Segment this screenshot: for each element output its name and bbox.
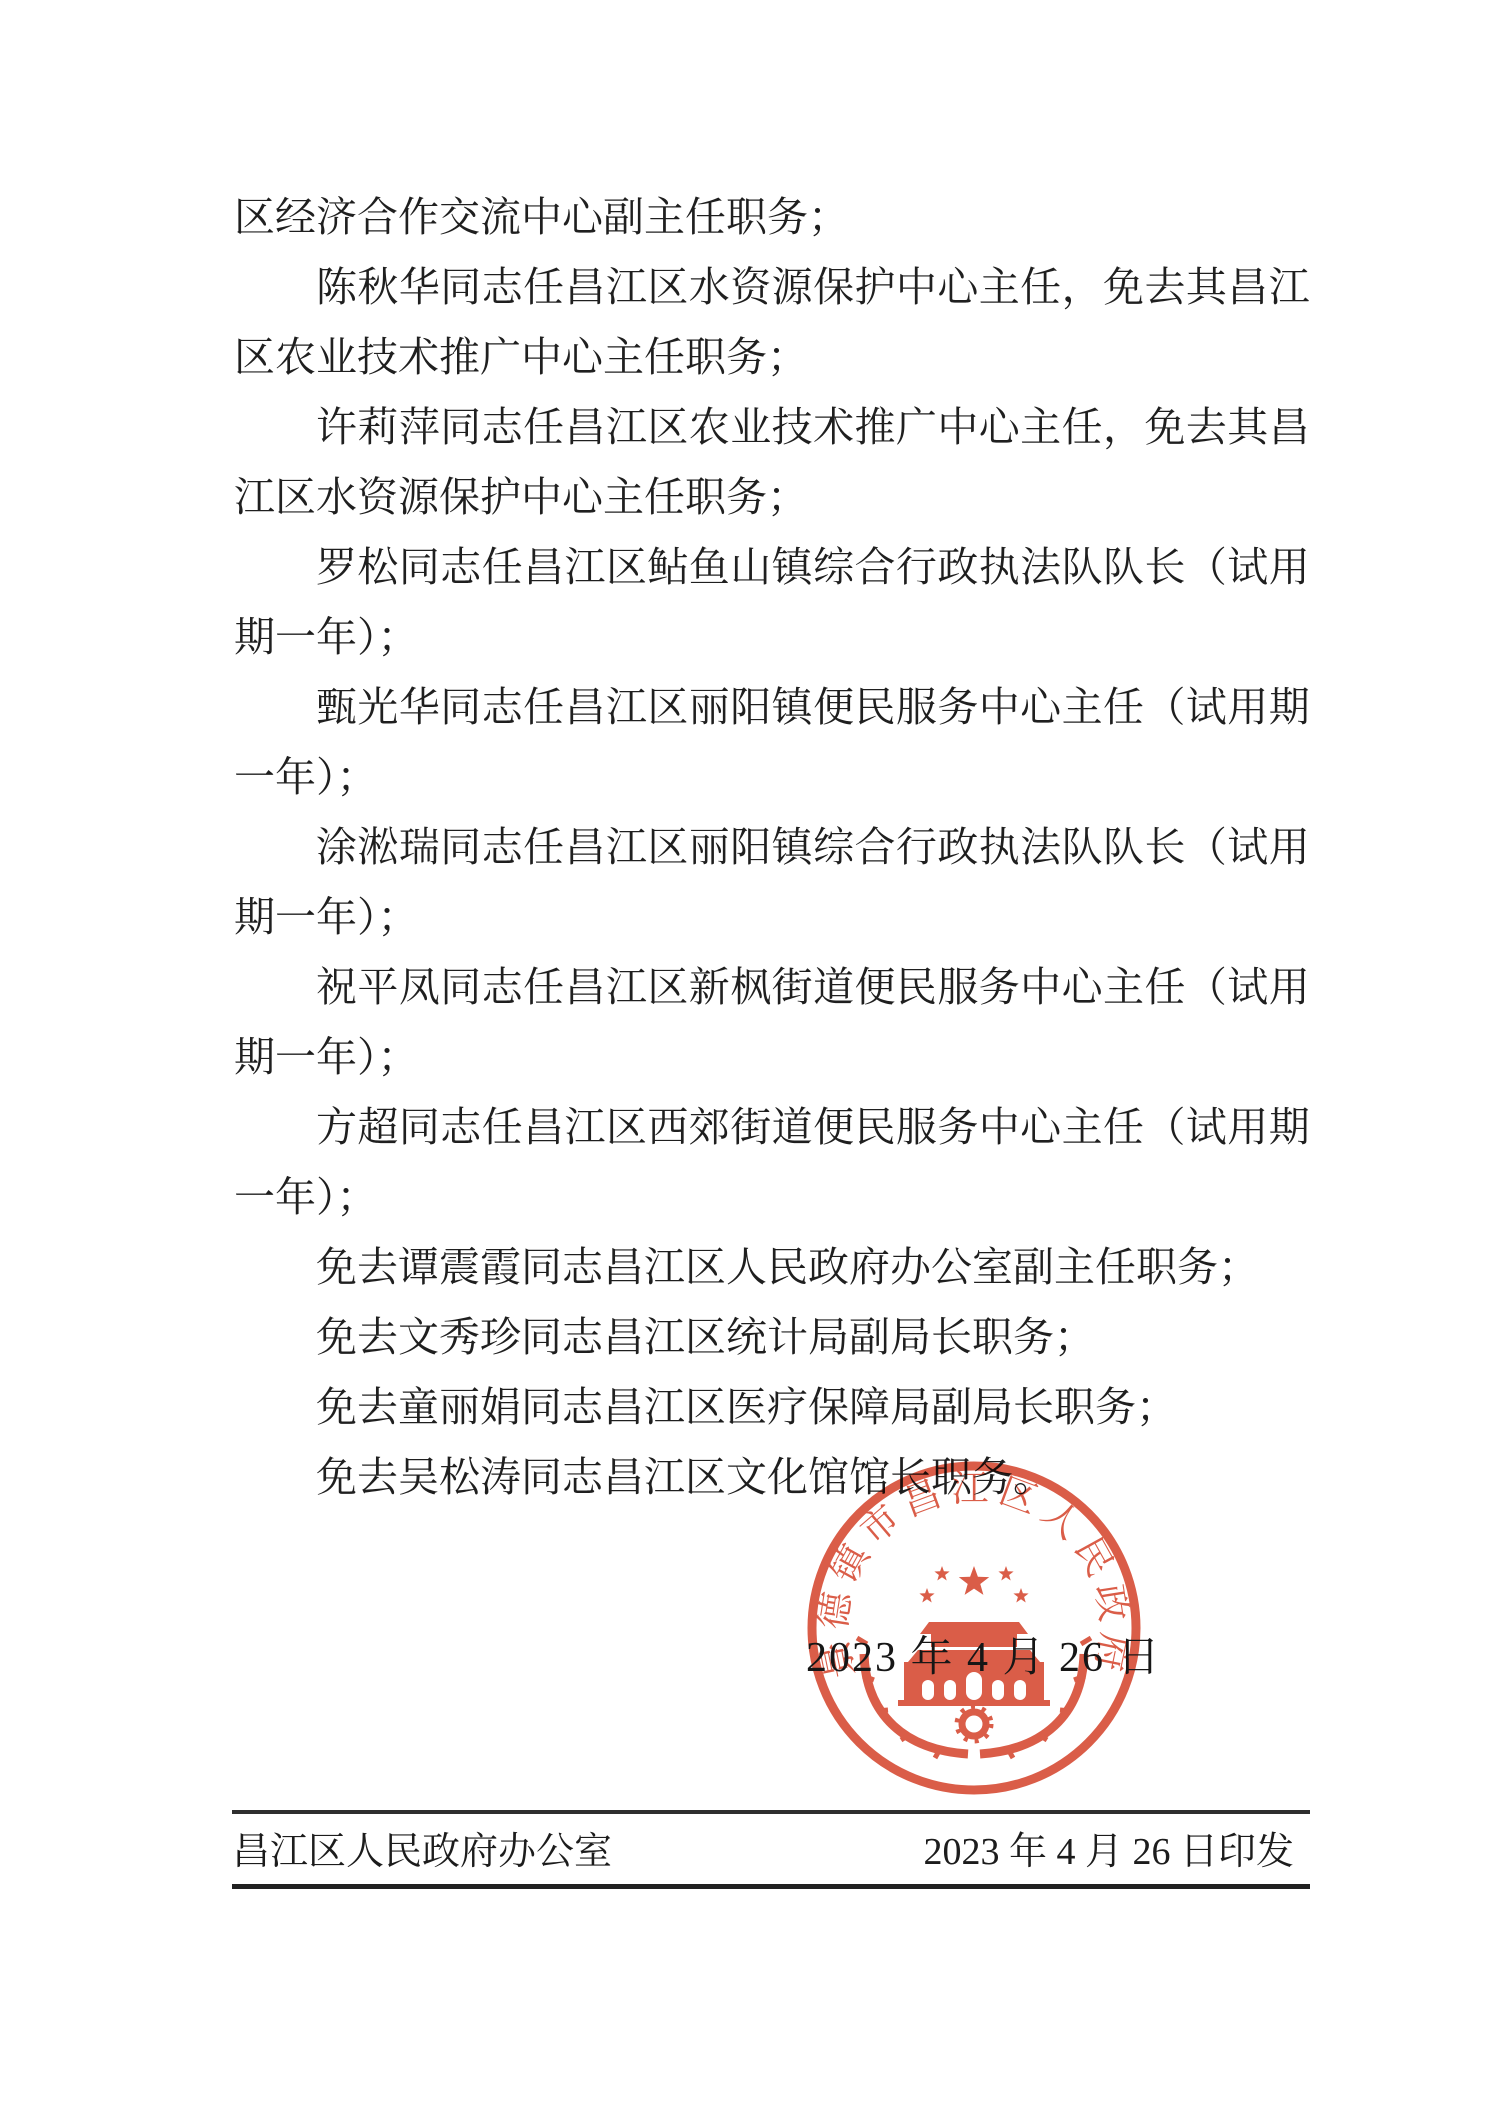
body-line: 区经济合作交流中心副主任职务； — [234, 182, 1310, 252]
body-line: 江区水资源保护中心主任职务； — [234, 462, 1310, 532]
body-line: 免去文秀珍同志昌江区统计局副局长职务； — [234, 1302, 1310, 1372]
body-line: 方超同志任昌江区西郊街道便民服务中心主任（试用期 — [234, 1092, 1310, 1162]
footer-rule-top — [232, 1810, 1310, 1814]
footer-print-date: 2023 年 4 月 26 日印发 — [923, 1829, 1310, 1875]
body-line: 期一年）； — [234, 882, 1310, 952]
body-line: 免去童丽娟同志昌江区医疗保障局副局长职务； — [234, 1372, 1310, 1442]
signature-date: 2023 年 4 月 26 日 — [806, 1634, 1162, 1682]
body-line: 期一年）； — [234, 602, 1310, 672]
body-line: 期一年）； — [234, 1022, 1310, 1092]
footer-rule-bottom — [232, 1884, 1310, 1889]
body-line: 祝平凤同志任昌江区新枫街道便民服务中心主任（试用 — [234, 952, 1310, 1022]
body-line: 区农业技术推广中心主任职务； — [234, 322, 1310, 392]
document-body: 区经济合作交流中心副主任职务；陈秋华同志任昌江区水资源保护中心主任，免去其昌江区… — [234, 182, 1310, 1512]
official-seal-icon: 景德镇市昌江区人民政府 — [804, 1458, 1144, 1798]
body-line: 陈秋华同志任昌江区水资源保护中心主任，免去其昌江 — [234, 252, 1310, 322]
document-page: 区经济合作交流中心副主任职务；陈秋华同志任昌江区水资源保护中心主任，免去其昌江区… — [0, 0, 1488, 2104]
footer: 昌江区人民政府办公室 2023 年 4 月 26 日印发 — [232, 1829, 1310, 1875]
body-line: 甄光华同志任昌江区丽阳镇便民服务中心主任（试用期 — [234, 672, 1310, 742]
body-line: 免去吴松涛同志昌江区文化馆馆长职务。 — [234, 1442, 1310, 1512]
body-line: 罗松同志任昌江区鲇鱼山镇综合行政执法队队长（试用 — [234, 532, 1310, 602]
body-line: 涂淞瑞同志任昌江区丽阳镇综合行政执法队队长（试用 — [234, 812, 1310, 882]
body-line: 一年）； — [234, 742, 1310, 812]
body-line: 一年）； — [234, 1162, 1310, 1232]
body-line: 许莉萍同志任昌江区农业技术推广中心主任，免去其昌 — [234, 392, 1310, 462]
body-line: 免去谭震霞同志昌江区人民政府办公室副主任职务； — [234, 1232, 1310, 1302]
footer-issuer: 昌江区人民政府办公室 — [232, 1829, 612, 1875]
